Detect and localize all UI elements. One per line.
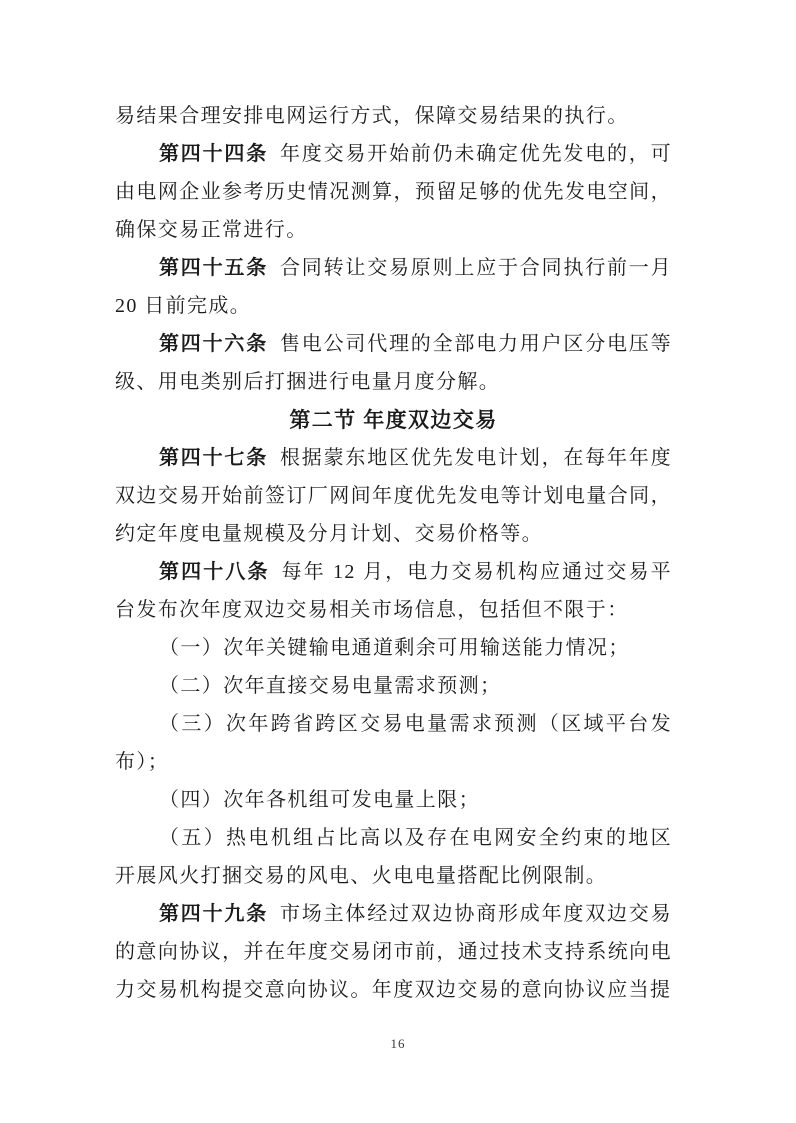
document-page: 易结果合理安排电网运行方式，保障交易结果的执行。 第四十四条年度交易开始前仍未确…: [0, 0, 796, 1123]
article-number: 第四十五条: [159, 257, 268, 279]
section-heading: 第二节 年度双边交易: [115, 401, 672, 439]
paragraph-continuation: 易结果合理安排电网运行方式，保障交易结果的执行。: [115, 97, 672, 135]
list-item: （五）热电机组占比高以及存在电网安全约束的地区开展风火打捆交易的风电、火电电量搭…: [115, 819, 672, 895]
document-text-block: 易结果合理安排电网运行方式，保障交易结果的执行。 第四十四条年度交易开始前仍未确…: [115, 97, 672, 1009]
article-paragraph: 第四十九条市场主体经过双边协商形成年度双边交易的意向协议，并在年度交易闭市前，通…: [115, 895, 672, 1009]
article-paragraph: 第四十四条年度交易开始前仍未确定优先发电的，可由电网企业参考历史情况测算，预留足…: [115, 135, 672, 249]
article-paragraph: 第四十五条合同转让交易原则上应于合同执行前一月 20 日前完成。: [115, 249, 672, 325]
article-paragraph: 第四十八条每年 12 月，电力交易机构应通过交易平台发布次年度双边交易相关市场信…: [115, 553, 672, 629]
list-item: （三）次年跨省跨区交易电量需求预测（区域平台发布）；: [115, 705, 672, 781]
page-number: 16: [0, 1036, 796, 1052]
article-number: 第四十六条: [159, 333, 268, 355]
list-item: （四）次年各机组可发电量上限；: [115, 781, 672, 819]
list-item: （一）次年关键输电通道剩余可用输送能力情况；: [115, 629, 672, 667]
article-number: 第四十八条: [159, 561, 270, 583]
list-item: （二）次年直接交易电量需求预测；: [115, 667, 672, 705]
article-number: 第四十四条: [159, 143, 268, 165]
article-number: 第四十七条: [159, 447, 268, 469]
article-paragraph: 第四十六条售电公司代理的全部电力用户区分电压等级、用电类别后打捆进行电量月度分解…: [115, 325, 672, 401]
article-number: 第四十九条: [159, 903, 268, 925]
article-paragraph: 第四十七条根据蒙东地区优先发电计划，在每年年度双边交易开始前签订厂网间年度优先发…: [115, 439, 672, 553]
